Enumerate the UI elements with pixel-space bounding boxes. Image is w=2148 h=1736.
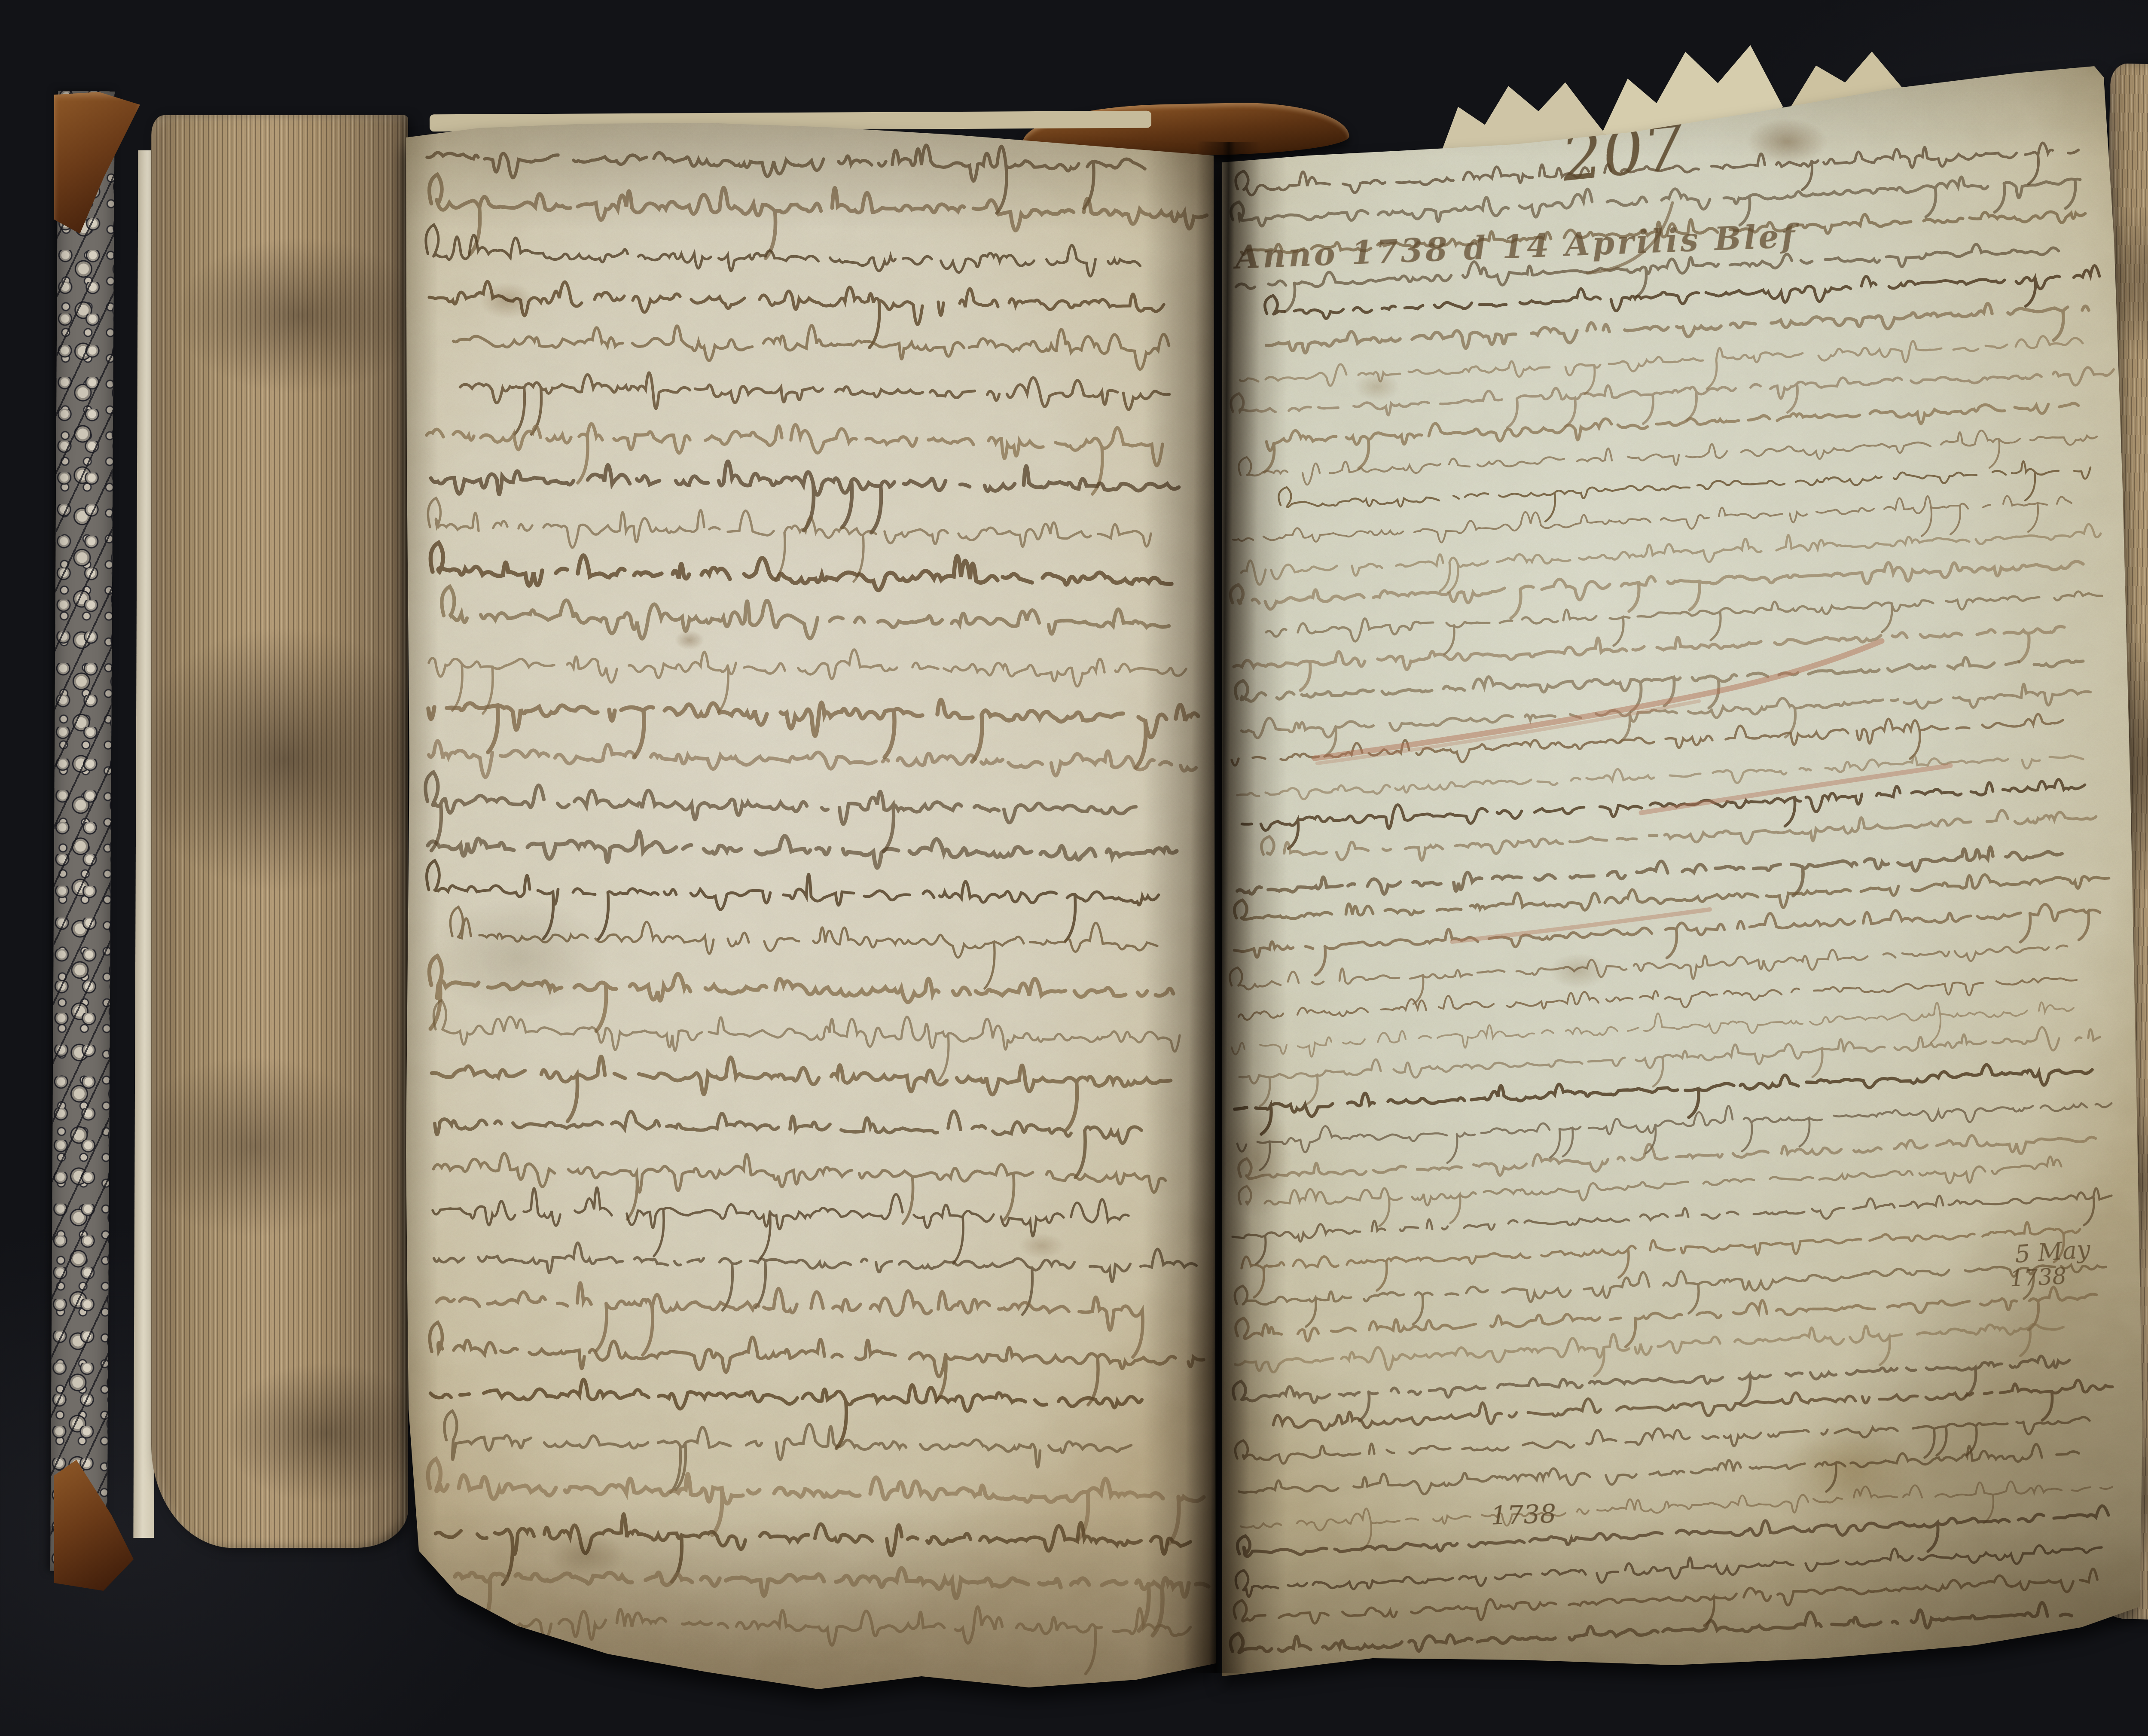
left-page-paper (406, 120, 1216, 1693)
marbled-cover-board (50, 91, 115, 1571)
left-page (406, 120, 1216, 1693)
page-edges-block-left (151, 115, 408, 1548)
right-page-paper: 207 Anno 1738 d 14 Aprilis Blef 5 May 17… (1222, 60, 2146, 1680)
screenshot-root: { "photo": { "alt_text": "Photograph of … (0, 0, 2148, 1736)
gutter-shadow (1183, 141, 1261, 1673)
right-page: 207 Anno 1738 d 14 Aprilis Blef 5 May 17… (1222, 60, 2146, 1680)
